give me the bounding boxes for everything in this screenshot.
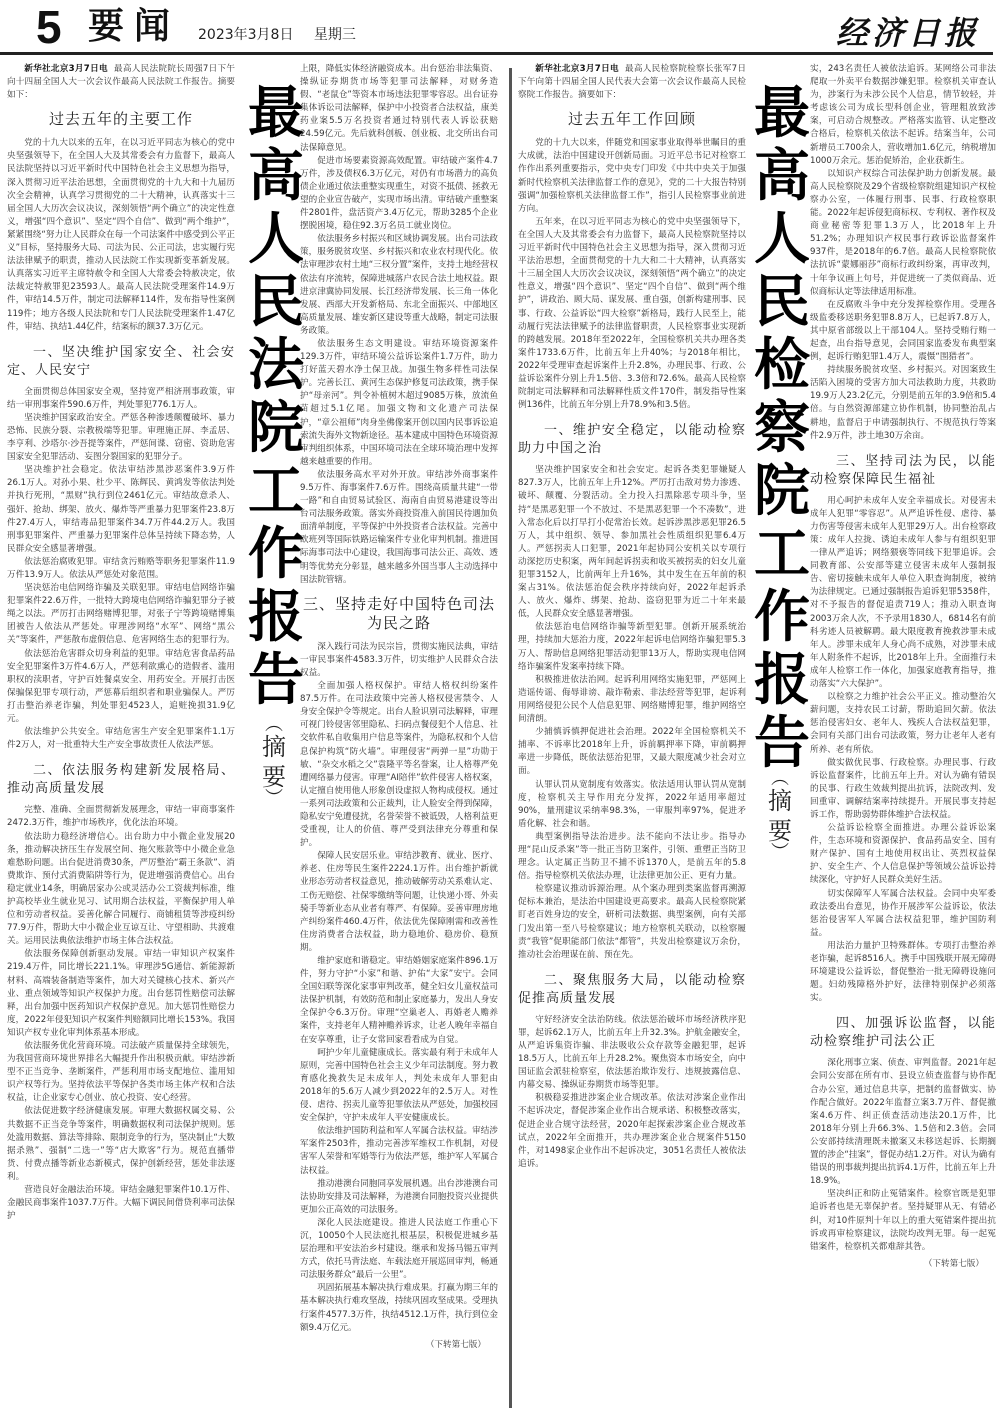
paragraph: 促进市场要素资源高效配置。审结破产案件4.7万件，涉及债权6.3万亿元，对仍有市… xyxy=(300,155,498,234)
paragraph: 推动港澳台同胞同享发展机遇。出台涉港澳台司法协助安排及司法解释，为港澳台同胞投资… xyxy=(300,1178,498,1217)
section-heading: 过去五年工作回顾 xyxy=(518,110,746,129)
paragraph: 深入践行司法为民宗旨，贯彻实施民法典，审结一审民事案件4583.3万件，切实维护… xyxy=(300,641,498,680)
paragraph: 积极推进依法治网。起诉利用网络实施犯罪，严惩网上造谣传谣、侮辱诽谤、敲诈勒索、非… xyxy=(518,674,746,726)
title-char: 人 xyxy=(750,208,814,271)
title-char: 工 xyxy=(750,523,814,586)
procuratorate-report-abstract-label: ︵ 摘要 ︶ xyxy=(760,772,800,860)
subsection-heading: 二、依法服务构建新发展格局、推动高质量发展 xyxy=(7,762,235,798)
procuratorate-lead: 新华社北京3月7日电 最高人民检察院检察长张军7日下午向第十四届全国人民代表大会… xyxy=(518,63,746,102)
paragraph: 用法治力量护卫特殊群体。专项打击整治养老诈骗，起诉8516人。携手中国残联开展无… xyxy=(810,940,996,1005)
title-char: 察 xyxy=(750,397,814,460)
title-char: 高 xyxy=(244,145,308,208)
paragraph: 以检察之力维护社会公平正义。推动整治欠薪问题，支持农民工讨薪，帮助追回欠薪。依法… xyxy=(810,691,996,756)
paragraph: 公益诉讼检察全面推进。办理公益诉讼案件，生态环境和资源保护、食品药品安全、国有财… xyxy=(810,822,996,887)
section-heading: 三、坚持走好中国特色司法为民之路 xyxy=(300,595,498,633)
paragraph: 实，243名责任人被依法追诉。某网络公司非法爬取一外卖平台数据涉嫌犯罪。检察机关… xyxy=(810,63,996,168)
issue-date: 2023年3月8日 xyxy=(198,27,293,43)
procuratorate-report-column-2: 实，243名责任人被依法追诉。某网络公司非法爬取一外卖平台数据涉嫌犯罪。检察机关… xyxy=(810,63,996,1413)
subsection-heading: 二、聚焦服务大局，以能动检察促推高质量发展 xyxy=(518,972,746,1008)
paragraph: 依法惩治腐败犯罪。审结贪污贿赂等职务犯罪案件11.9万件13.9万人。依法从严惩… xyxy=(7,556,235,582)
subsection-heading: 一、维护安全稳定，以能动检察助力中国之治 xyxy=(518,422,746,458)
subsection-heading: 一、坚决维护国家安全、社会安定、人民安宁 xyxy=(7,344,235,380)
paragraph: 典型案例指导法治进步。法不能向不法让步。指导办理“昆山反杀案”等一批正当防卫案件… xyxy=(518,831,746,883)
paragraph: 坚决惩治电信网络诈骗及关联犯罪。审结电信网络诈骗犯罪案件22.6万件，一批特大跨… xyxy=(7,582,235,647)
page-number: 5 xyxy=(36,4,62,50)
title-char: 告 xyxy=(750,712,814,775)
paragraph: 五年来，在以习近平同志为核心的党中央坚强领导下，在全国人大及其常委会有力监督下，… xyxy=(518,216,746,412)
title-char: 民 xyxy=(244,271,308,334)
paragraph: 检察建议推动诉源治理。从个案办理到类案监督再溯源促标本兼治，是法治中国建设更高要… xyxy=(518,883,746,962)
paragraph: 全面加强人格权保护。审结人格权纠纷案件87.5万件。在司法政策中完善人格权侵害禁… xyxy=(300,680,498,850)
title-char: 作 xyxy=(244,523,308,586)
court-lead-dateline: 新华社北京3月7日电 xyxy=(24,64,108,74)
paragraph: 党的十九大以来，伴随党和国家事业取得举世瞩目的重大成就，法治中国建设开创新局面。… xyxy=(518,137,746,216)
paragraph: 深化人民法庭建设。推进人民法庭工作重心下沉，10050个人民法庭扎根基层，积极促… xyxy=(300,1217,498,1282)
court-report-abstract-label: ︵ 摘要 ︶ xyxy=(254,718,294,806)
masthead: 5 要闻 2023年3月8日 星期三 经济日报 xyxy=(0,0,1000,53)
paragraph: 依法服务乡村振兴和区域协调发展。出台司法政策，服务脱贫攻坚、乡村振兴和农业农村现… xyxy=(300,233,498,338)
title-char: 最 xyxy=(244,82,308,145)
paragraph: 依法服务生态文明建设。审结环境资源案件129.3万件，审结环境公益诉讼案件1.7… xyxy=(300,338,498,469)
paragraph: 上限，降低实体经济融资成本。出台惩治非法集资、操纵证券期货市场等犯罪司法解释，对… xyxy=(300,63,498,155)
paragraph: 深化刑事立案、侦查、审判监督。2021年起会同公安部在所有市、县设立侦查监督与协… xyxy=(810,1057,996,1188)
paragraph: 呵护少年儿童健康成长。落实最有利于未成年人原则，完善中国特色社会主义少年司法制度… xyxy=(300,1047,498,1126)
newspaper-logo: 经济日报 xyxy=(836,8,980,54)
paragraph: 保障人民安居乐业。审结涉教育、就业、医疗、养老、住房等民生案件2224.1万件。… xyxy=(300,850,498,955)
continued-on-page-note: （下转第七版） xyxy=(810,1258,996,1271)
paragraph: 切实保障军人军属合法权益。会同中央军委政法委出台意见，协作开展涉军公益诉讼，依法… xyxy=(810,888,996,940)
paragraph: 维护家庭和谐稳定。审结婚姻家庭案件896.1万件，努力守护“小家”和谐、护佑“大… xyxy=(300,955,498,1047)
title-char: 工 xyxy=(244,460,308,523)
title-char: 民 xyxy=(750,271,814,334)
paragraph: 依法服务高水平对外开放。审结涉外商事案件9.5万件、海事案件7.6万件。围绕高质… xyxy=(300,469,498,587)
paragraph: 持续服务脱贫攻坚、乡村振兴。对因案致生活陷入困境的受害方加大司法救助力度，共救助… xyxy=(810,364,996,443)
paragraph: 少捕慎诉慎押促进社会治理。2022年全国检察机关不捕率、不诉率比2018年上升，… xyxy=(518,726,746,778)
paragraph: 坚决纠正和防止冤错案件。检察官既是犯罪追诉者也是无辜保护者。坚持疑罪从无、有错必… xyxy=(810,1188,996,1253)
paragraph: 依法助力稳经济增信心。出台助力中小微企业发展20条，推动解决挤压生存发展空间、拖… xyxy=(7,831,235,949)
article-divider xyxy=(509,68,512,1408)
weekday: 星期三 xyxy=(314,27,356,43)
paragraph: 营造良好金融法治环境。审结金融犯罪案件10.1万件、金融民商事案件1037.7万… xyxy=(7,1184,235,1223)
paragraph: 坚决维护国家安全和社会安定。起诉各类犯罪嫌疑人827.3万人，比前五年上升12%… xyxy=(518,464,746,621)
title-char: 告 xyxy=(244,649,308,712)
paragraph: 依法惩治电信网络诈骗等新型犯罪。创新开展系统治理，持续加大惩治力度，2022年起… xyxy=(518,621,746,673)
paragraph: 认罪认罚从宽制度有效落实。依法适用认罪认罚从宽制度，检察机关主导作用充分发挥，2… xyxy=(518,779,746,831)
title-char: 报 xyxy=(750,649,814,712)
title-char: 最 xyxy=(750,82,814,145)
paragraph: 守好经济安全法治防线。依法惩治破坏市场经济秩序犯罪，起诉62.1万人，比前五年上… xyxy=(518,1014,746,1093)
title-char: 检 xyxy=(750,334,814,397)
title-char: 作 xyxy=(750,586,814,649)
title-char: 院 xyxy=(750,460,814,523)
title-char: 高 xyxy=(750,145,814,208)
title-char: 报 xyxy=(244,586,308,649)
subsection-heading: 四、加强诉讼监督，以能动检察维护司法公正 xyxy=(810,1015,996,1051)
title-char: 院 xyxy=(244,397,308,460)
paragraph: 全面贯彻总体国家安全观，坚持宽严相济刑事政策，审结一审刑事案件590.6万件，判… xyxy=(7,386,235,412)
paragraph: 依法促进数字经济健康发展。审理大数据权属交易、公共数据不正当竞争等案件，明确数据… xyxy=(7,1105,235,1184)
paragraph: 依法服务保障创新驱动发展。审结一审知识产权案件219.4万件，同比增长221.1… xyxy=(7,948,235,1040)
abstract-char: 摘要 xyxy=(262,732,286,792)
masthead-rule xyxy=(0,52,993,55)
paragraph: 依法维护公共安全。审结危害生产安全犯罪案件1.1万件2万人，对一批重特大生产安全… xyxy=(7,726,235,752)
procuratorate-lead-dateline: 新华社北京3月7日电 xyxy=(535,64,619,74)
paragraph: 在反腐败斗争中充分发挥检察作用。受理各级监委移送职务犯罪8.8万人，已起诉7.8… xyxy=(810,299,996,364)
section-title: 要闻 xyxy=(88,6,180,46)
paragraph: 积极稳妥推进涉案企业合规改革。依法对涉案企业作出不起诉决定，督促涉案企业作出合规… xyxy=(518,1092,746,1171)
abstract-char: 摘要 xyxy=(768,786,792,846)
court-report-column-1: 新华社北京3月7日电 最高人民法院院长周强7日下午向十四届全国人大一次会议作最高… xyxy=(7,63,235,1413)
subsection-heading: 三、坚持司法为民，以能动检察保障民生福祉 xyxy=(810,453,996,489)
court-report-column-2: 上限，降低实体经济融资成本。出台惩治非法集资、操纵证券期货市场等犯罪司法解释，对… xyxy=(300,63,498,1413)
procuratorate-report-column-1: 新华社北京3月7日电 最高人民检察院检察长张军7日下午向第十四届全国人民代表大会… xyxy=(518,63,746,1413)
court-lead: 新华社北京3月7日电 最高人民法院院长周强7日下午向十四届全国人大一次会议作最高… xyxy=(7,63,235,102)
paragraph: 依法服务优化营商环境。司法破产质量保持全球领先，为我国营商环境世界排名大幅提升作… xyxy=(7,1040,235,1105)
title-char: 人 xyxy=(244,208,308,271)
court-report-title: 最高人民法院工作报告 xyxy=(244,82,308,712)
dateline: 2023年3月8日 星期三 xyxy=(198,24,372,44)
paragraph: 党的十九大以来的五年，在以习近平同志为核心的党中央坚强领导下，在全国人大及其常委… xyxy=(7,137,235,333)
paragraph: 以知识产权综合司法保护助力创新发展。最高人民检察院及29个省级检察院组建知识产权… xyxy=(810,168,996,299)
paragraph: 依法维护国防利益和军人军属合法权益。审结涉军案件2503件，推动完善涉军维权工作… xyxy=(300,1125,498,1177)
continued-on-page-note: （下转第七版） xyxy=(300,1339,498,1352)
paragraph: 做实做优民事、行政检察。办理民事、行政诉讼监督案件，比前五年上升。对认为确有错误… xyxy=(810,757,996,822)
title-char: 法 xyxy=(244,334,308,397)
paragraph: 用心呵护未成年人安全幸福成长。对侵害未成年人犯罪“零容忍”。从严追诉性侵、虐待、… xyxy=(810,495,996,691)
paragraph: 依法惩治危害群众切身利益的犯罪。审结危害食品药品安全犯罪案件3万件4.6万人，严… xyxy=(7,648,235,727)
procuratorate-report-title: 最高人民检察院工作报告 xyxy=(750,82,814,775)
paragraph: 巩固拓展基本解决执行难成果。打赢为期三年的基本解决执行难攻坚战，持续巩固攻坚成果… xyxy=(300,1282,498,1334)
section-heading: 过去五年的主要工作 xyxy=(7,110,235,129)
paragraph: 坚决维护社会稳定。依法审结涉黑涉恶案件3.9万件26.1万人。对孙小果、杜少平、… xyxy=(7,464,235,556)
paragraph: 坚决维护国家政治安全。严惩各种渗透颠覆破坏、暴力恐怖、民族分裂、宗教极端等犯罪。… xyxy=(7,412,235,464)
paragraph: 完整、准确、全面贯彻新发展理念，审结一审商事案件2472.3万件，维护市场秩序，… xyxy=(7,804,235,830)
